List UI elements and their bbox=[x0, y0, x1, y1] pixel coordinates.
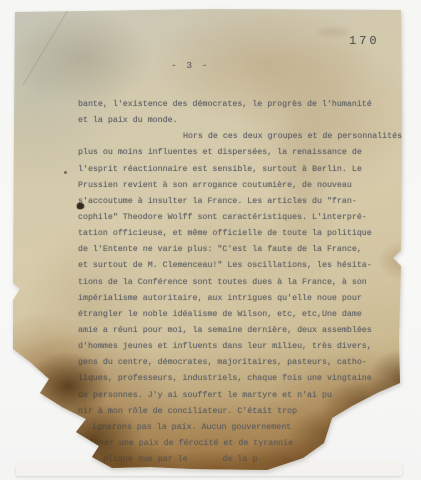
folio-number: 170 bbox=[349, 34, 380, 48]
text-line: Prussien revient à son arrogance coutumi… bbox=[78, 178, 396, 194]
text-line: et surtout de M. Clemenceau!" Les oscill… bbox=[78, 258, 396, 274]
page-number-header: - 3 - bbox=[171, 60, 210, 71]
document-page-wrap: 170 - 3 - bante, l'existence des démocra… bbox=[0, 0, 421, 480]
text-line: de personnes. J'y ai souffert le martyre… bbox=[78, 388, 396, 404]
text-line: tation officieuse, et même officielle de… bbox=[78, 226, 396, 242]
text-line: étrangler le noble idéalisme de Wilson, … bbox=[78, 307, 396, 323]
text-line: gens du centre, démocrates, majoritaires… bbox=[78, 355, 396, 371]
ink-blot bbox=[77, 203, 84, 209]
ink-speck bbox=[64, 171, 67, 174]
scan-backdrop: 170 - 3 - bante, l'existence des démocra… bbox=[0, 0, 421, 480]
typewritten-text: bante, l'existence des démocrates, le pr… bbox=[78, 97, 396, 468]
document-page: 170 - 3 - bante, l'existence des démocra… bbox=[13, 8, 403, 474]
text-line: nir à mon rôle de conciliateur. C'était … bbox=[78, 404, 396, 420]
text-line: et la paix du monde. bbox=[78, 113, 396, 129]
text-line: plus ou moins influentes et dispersées, … bbox=[78, 145, 396, 161]
text-line: Hors de ces deux groupes et de personnal… bbox=[78, 129, 396, 145]
text-line: plique que par le de la p bbox=[78, 452, 396, 468]
text-line: ignerons pas la paix. Aucun gouvernement bbox=[78, 420, 396, 436]
text-line: bante, l'existence des démocrates, le pr… bbox=[78, 97, 396, 113]
text-line: tions de la Conférence sont toutes dues … bbox=[78, 275, 396, 291]
text-line: amie a réuni pour moi, la semaine derniè… bbox=[78, 323, 396, 339]
text-line: d'hommes jeunes et influents dans leur m… bbox=[78, 339, 396, 355]
text-line: liques, professeurs, industriels, chaque… bbox=[78, 371, 396, 387]
text-line: de l'Entente ne varie plus: "C'est la fa… bbox=[78, 242, 396, 258]
text-line: l'esprit réactionnaire est sensible, sur… bbox=[78, 162, 396, 178]
text-line: signer une paix de férocité et de tyrann… bbox=[78, 436, 396, 452]
text-line: cophile" Theodore Wolff sont caractérist… bbox=[78, 210, 396, 226]
text-line: impérialisme autoritaire, aux intrigues … bbox=[78, 291, 396, 307]
text-line: s'accoutume à insulter la France. Les ar… bbox=[78, 194, 396, 210]
